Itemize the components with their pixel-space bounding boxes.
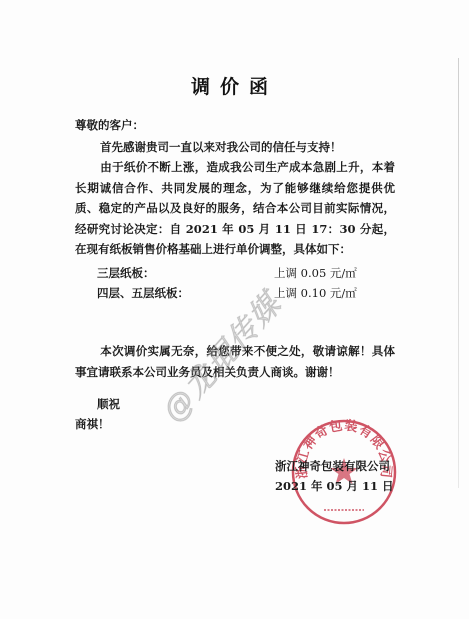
- paragraph-thanks-text: 首先感谢贵司一直以来对我公司的信任与支持！: [100, 140, 342, 154]
- closing-wishes: 顺祝: [97, 396, 120, 412]
- paragraph-reason: 由于纸价不断上涨，造成我公司生产成本急剧上升，本着长期诚信合作、共同发展的理念，…: [75, 157, 395, 260]
- price-item-label: 四层、五层纸板：: [97, 285, 189, 301]
- price-row-three-layer: 三层纸板： 上调 0.05 元/㎡: [97, 265, 397, 283]
- signature-date: 2021 年 05 月 11 日: [275, 478, 394, 494]
- price-change-value: 上调 0.05 元/㎡: [274, 265, 357, 281]
- paragraph-thanks: 首先感谢贵司一直以来对我公司的信任与支持！: [75, 137, 395, 158]
- document-title: 调价函: [0, 72, 469, 99]
- price-change-value: 上调 0.10 元/㎡: [274, 285, 357, 301]
- salutation: 尊敬的客户：: [75, 117, 144, 133]
- document-page: 调价函 尊敬的客户： 首先感谢贵司一直以来对我公司的信任与支持！ 由于纸价不断上…: [0, 0, 469, 619]
- signature-company: 浙江神奇包装有限公司: [275, 458, 390, 474]
- closing-regards: 商祺！: [75, 416, 110, 432]
- paragraph-reason-text: 由于纸价不断上涨，造成我公司生产成本急剧上升，本着长期诚信合作、共同发展的理念，…: [75, 160, 395, 256]
- scan-edge-divider: [458, 58, 459, 488]
- price-item-label: 三层纸板：: [97, 265, 155, 281]
